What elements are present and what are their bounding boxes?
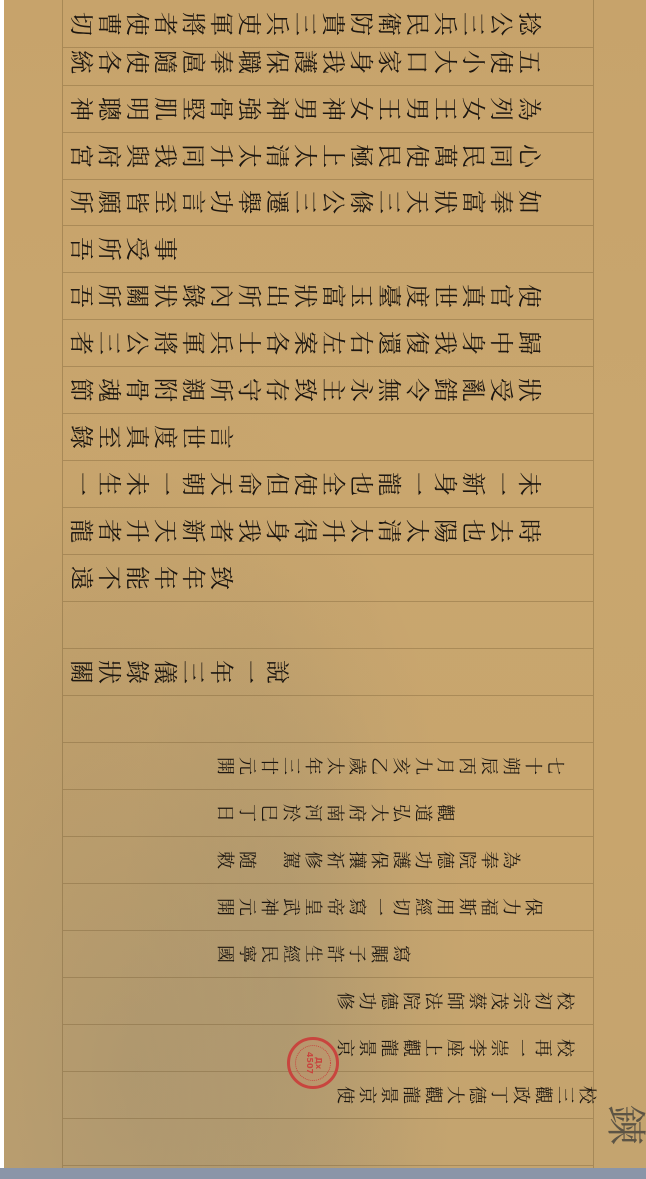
glyph: 奉 [489,188,513,216]
glyph: 保 [523,896,541,918]
glyph: 崇 [489,1037,507,1059]
glyph: 再 [533,1037,551,1059]
glyph: 校 [555,990,573,1012]
glyph: 兵 [209,329,233,357]
manuscript-line: 關狀錄儀三年一說 [63,648,593,696]
glyph: 狀 [293,282,317,310]
glyph: 巳 [259,802,277,824]
glyph: 随 [237,849,255,871]
glyph: 為 [517,95,541,123]
manuscript-line: 龍者升天新者我身得升太清太陽也去時 [63,507,593,555]
glyph: 富 [321,282,345,310]
line-text: 錄至真度世言 [67,425,235,449]
glyph: 觀 [401,1037,419,1059]
glyph: 所 [97,235,121,263]
glyph: 身 [433,470,457,498]
glyph: 我 [153,142,177,170]
glyph: 三 [293,188,317,216]
glyph: 錄 [181,282,205,310]
glyph: 丁 [489,1084,507,1106]
glyph: 無 [377,376,401,404]
manuscript-line: 敕随 駕修祈攘保護功德院奉為 [63,836,593,884]
glyph: 河 [303,802,321,824]
glyph: 扈 [181,48,205,76]
glyph: 德 [467,1084,485,1106]
manuscript-line: 開元廿三年太歲乙亥九月丙辰朔十七 [63,742,593,790]
glyph: 院 [457,849,475,871]
glyph: 大 [445,1084,463,1106]
glyph: 功 [357,990,375,1012]
glyph: 女 [349,95,373,123]
glyph: 新 [181,517,205,545]
glyph: 肌 [153,95,177,123]
glyph: 元 [237,896,255,918]
manuscript-line: 吾所受事 [63,225,593,273]
line-text: 切曹使者將軍吏兵三貴防衛民兵三公捻 [67,12,543,36]
glyph: 將 [153,329,177,357]
glyph: 寫 [391,943,409,965]
glyph: 未 [125,470,149,498]
glyph: 存 [265,376,289,404]
glyph: 觀 [435,802,453,824]
glyph: 官 [489,282,513,310]
glyph: 景 [379,1084,397,1106]
glyph: 度 [405,282,429,310]
line-text: 龍者升天新者我身得升太清太陽也去時 [67,519,543,543]
glyph: 修 [303,849,321,871]
glyph: 一 [405,470,429,498]
glyph: 年 [209,658,233,686]
glyph: 日 [215,802,233,824]
glyph: 護 [293,48,317,76]
glyph: 同 [489,142,513,170]
manuscript-page: 切曹使者將軍吏兵三貴防衛民兵三公捻統各使隨扈奉職保護我身家口大小使五神聰明肌堅骨… [4,0,646,1168]
glyph: 亂 [461,376,485,404]
line-text: 國寧民經生許子顒寫 [213,945,411,963]
glyph: 為 [501,849,519,871]
glyph: 狀 [97,658,121,686]
glyph: 事 [153,235,177,263]
glyph: 聰 [97,95,121,123]
glyph: 一 [153,470,177,498]
glyph: 王 [433,95,457,123]
glyph: 也 [349,470,373,498]
glyph: 校 [577,1084,595,1106]
glyph: 身 [461,329,485,357]
glyph: 太 [325,755,343,777]
scan-background-edge [0,1168,646,1179]
glyph: 德 [379,990,397,1012]
glyph: 宗 [511,990,529,1012]
glyph: 太 [293,142,317,170]
line-text: 宮府與我同升太清太上極民使萬民同心 [67,144,543,168]
glyph: 丙 [457,755,475,777]
glyph: 用 [435,896,453,918]
glyph: 公 [321,188,345,216]
glyph: 府 [97,142,121,170]
glyph: 衛 [377,10,401,38]
glyph: 統 [69,48,93,76]
glyph: 吾 [69,235,93,263]
glyph: 南 [325,802,343,824]
glyph: 民 [259,943,277,965]
glyph: 顒 [369,943,387,965]
glyph: 政 [511,1084,529,1106]
glyph: 至 [153,188,177,216]
glyph: 觀 [533,1084,551,1106]
glyph: 攘 [347,849,365,871]
glyph: 兵 [433,10,457,38]
glyph: 經 [281,943,299,965]
glyph: 朔 [501,755,519,777]
glyph: 狀 [433,188,457,216]
glyph: 公 [489,10,513,38]
glyph: 使 [489,48,513,76]
glyph: 辰 [479,755,497,777]
glyph: 未 [517,470,541,498]
glyph: 切 [391,896,409,918]
glyph: 亥 [391,755,409,777]
glyph: 者 [97,517,121,545]
glyph: 丁 [237,802,255,824]
line-text: 節魂骨附親所守存致主永無令錯亂受狀 [67,378,543,402]
glyph: 觀 [423,1084,441,1106]
manuscript-line [63,601,593,649]
glyph: 去 [489,517,513,545]
glyph: 蔡 [467,990,485,1012]
seal-text: Дх 4507 [304,1052,322,1074]
glyph: 神 [69,95,93,123]
glyph: 力 [501,896,519,918]
glyph: 寫 [347,896,365,918]
glyph: 修 [335,990,353,1012]
glyph: 口 [405,48,429,76]
glyph: 受 [489,376,513,404]
line-text: 一生未一朝天命但使全也龍一身新一未 [67,472,543,496]
glyph [259,849,277,871]
glyph: 錄 [69,423,93,451]
glyph: 生 [303,943,321,965]
line-text: 統各使隨扈奉職保護我身家口大小使五 [67,50,543,74]
glyph: 七 [545,755,563,777]
manuscript-line: 者三公將軍兵士各案左右還復我身中歸 [63,319,593,367]
glyph: 錄 [125,658,149,686]
glyph: 景 [357,1037,375,1059]
manuscript-line: 宮府與我同升太清太上極民使萬民同心 [63,132,593,180]
glyph: 同 [181,142,205,170]
glyph: 斯 [457,896,475,918]
glyph: 身 [349,48,373,76]
glyph: 萬 [433,142,457,170]
glyph: 右 [349,329,373,357]
glyph: 年 [181,564,205,592]
glyph: 玉 [349,282,373,310]
glyph: 神 [259,896,277,918]
glyph: 升 [125,517,149,545]
glyph: 真 [125,423,149,451]
glyph: 也 [461,517,485,545]
line-text: 遠不能年年致 [67,566,235,590]
glyph: 太 [237,142,261,170]
glyph: 強 [237,95,261,123]
glyph: 使 [125,48,149,76]
glyph: 防 [349,10,373,38]
glyph: 度 [153,423,177,451]
line-text: 吾所關狀錄內所出狀富玉臺度世真官使 [67,284,543,308]
marginal-mark-character: 鍊 [589,1105,645,1151]
glyph: 中 [489,329,513,357]
line-text: 神聰明肌堅骨強神男神女王男王女列為 [67,97,543,121]
glyph: 者 [153,10,177,38]
glyph: 開 [215,896,233,918]
glyph: 骨 [125,376,149,404]
glyph: 願 [97,188,121,216]
glyph: 所 [209,376,233,404]
glyph: 三 [281,755,299,777]
glyph: 富 [461,188,485,216]
glyph: 小 [461,48,485,76]
glyph: 座 [445,1037,463,1059]
glyph: 清 [377,517,401,545]
glyph: 升 [209,142,233,170]
glyph: 如 [517,188,541,216]
manuscript-line: 國寧民經生許子顒寫 [63,930,593,978]
line-text: 吾所受事 [67,237,179,261]
glyph: 吾 [69,282,93,310]
glyph: 一 [69,470,93,498]
glyph: 元 [237,755,255,777]
glyph: 神 [321,95,345,123]
glyph: 言 [209,423,233,451]
glyph: 者 [69,329,93,357]
glyph: 公 [125,329,149,357]
glyph: 我 [433,329,457,357]
glyph: 所 [237,282,261,310]
glyph: 駕 [281,849,299,871]
glyph: 骨 [209,95,233,123]
glyph: 寧 [237,943,255,965]
glyph: 致 [209,564,233,592]
glyph: 開 [215,755,233,777]
glyph: 皇 [303,896,321,918]
glyph: 國 [215,943,233,965]
glyph: 軍 [181,329,205,357]
glyph: 說 [265,658,289,686]
glyph: 遷 [265,188,289,216]
glyph: 守 [237,376,261,404]
glyph: 各 [97,48,121,76]
line-text: 使京景龍觀大德丁政觀三校 [333,1086,597,1104]
glyph: 所 [97,282,121,310]
line-text: 日丁巳於河南府大弘道觀 [213,804,455,822]
glyph: 我 [321,48,345,76]
glyph: 狀 [517,376,541,404]
glyph: 切 [69,10,93,38]
glyph: 校 [555,1037,573,1059]
glyph: 福 [479,896,497,918]
glyph: 一 [369,896,387,918]
glyph: 案 [293,329,317,357]
manuscript-line: 節魂骨附親所守存致主永無令錯亂受狀 [63,366,593,414]
glyph: 三 [377,188,401,216]
manuscript-line: 所願皆至言功舉遷三公條三天狀富奉如 [63,178,593,226]
manuscript-line: 開元神武皇帝寫一切經用斯福力保 [63,883,593,931]
glyph: 不 [97,564,121,592]
glyph: 男 [405,95,429,123]
glyph: 三 [181,658,205,686]
glyph: 子 [347,943,365,965]
glyph: 功 [209,188,233,216]
glyph: 家 [377,48,401,76]
glyph: 世 [181,423,205,451]
glyph: 武 [281,896,299,918]
glyph: 上 [423,1037,441,1059]
glyph: 能 [125,564,149,592]
glyph: 民 [461,142,485,170]
glyph: 天 [209,470,233,498]
glyph: 奉 [479,849,497,871]
glyph: 心 [517,142,541,170]
line-text: 開元神武皇帝寫一切經用斯福力保 [213,898,543,916]
glyph: 條 [349,188,373,216]
line-text: 關狀錄儀三年一說 [67,660,291,684]
glyph: 列 [489,95,513,123]
glyph: 陽 [433,517,457,545]
glyph: 歸 [517,329,541,357]
glyph: 言 [181,188,205,216]
glyph: 女 [461,95,485,123]
glyph: 男 [293,95,317,123]
glyph: 令 [405,376,429,404]
glyph: 天 [405,188,429,216]
glyph: 舉 [237,188,261,216]
glyph: 龍 [377,470,401,498]
glyph: 經 [413,896,431,918]
manuscript-line: 日丁巳於河南府大弘道觀 [63,789,593,837]
glyph: 年 [153,564,177,592]
glyph: 魂 [97,376,121,404]
glyph: 師 [445,990,463,1012]
glyph: 新 [461,470,485,498]
manuscript-line [63,695,593,743]
glyph: 茂 [489,990,507,1012]
glyph: 兵 [265,10,289,38]
glyph: 軍 [209,10,233,38]
glyph: 還 [377,329,401,357]
glyph: 保 [265,48,289,76]
glyph: 貴 [321,10,345,38]
glyph: 京 [357,1084,375,1106]
glyph: 府 [347,802,365,824]
manuscript-line: 一生未一朝天命但使全也龍一身新一未 [63,460,593,508]
line-text: 者三公將軍兵士各案左右還復我身中歸 [67,331,543,355]
glyph: 得 [293,517,317,545]
glyph: 李 [467,1037,485,1059]
glyph: 錯 [433,376,457,404]
line-text: 敕随 駕修祈攘保護功德院奉為 [213,851,521,869]
glyph: 許 [325,943,343,965]
glyph: 關 [69,658,93,686]
glyph: 使 [125,10,149,38]
line-text: 修功德院法師蔡茂宗初校 [333,992,575,1010]
line-text: 開元廿三年太歲乙亥九月丙辰朔十七 [213,757,565,775]
glyph: 太 [405,517,429,545]
glyph: 一 [237,658,261,686]
glyph: 遠 [69,564,93,592]
glyph: 月 [435,755,453,777]
glyph: 世 [433,282,457,310]
glyph: 乙 [369,755,387,777]
manuscript-line: 錄至真度世言 [63,413,593,461]
glyph: 狀 [153,282,177,310]
glyph: 捻 [517,10,541,38]
glyph: 大 [433,48,457,76]
glyph: 三 [97,329,121,357]
glyph: 奉 [209,48,233,76]
glyph: 太 [349,517,373,545]
line-text: 京景龍觀上座李崇一再校 [333,1039,575,1057]
glyph: 護 [391,849,409,871]
glyph: 內 [209,282,233,310]
glyph: 曹 [97,10,121,38]
glyph: 但 [265,470,289,498]
glyph: 致 [293,376,317,404]
glyph: 九 [413,755,431,777]
glyph: 使 [405,142,429,170]
glyph: 全 [321,470,345,498]
glyph: 一 [489,470,513,498]
glyph: 儀 [153,658,177,686]
line-text: 所願皆至言功舉遷三公條三天狀富奉如 [67,190,543,214]
glyph: 所 [69,188,93,216]
glyph: 大 [369,802,387,824]
glyph: 一 [511,1037,529,1059]
glyph: 龍 [401,1084,419,1106]
manuscript-line: 遠不能年年致 [63,554,593,602]
glyph: 清 [265,142,289,170]
glyph: 至 [97,423,121,451]
manuscript-line: 修功德院法師蔡茂宗初校 [63,977,593,1025]
glyph: 主 [321,376,345,404]
glyph: 使 [517,282,541,310]
glyph: 左 [321,329,345,357]
glyph: 受 [125,235,149,263]
glyph: 出 [265,282,289,310]
glyph: 上 [321,142,345,170]
glyph: 三 [461,10,485,38]
glyph: 命 [237,470,261,498]
glyph: 將 [181,10,205,38]
library-seal-stamp: Дх 4507 [287,1037,339,1089]
glyph: 廿 [259,755,277,777]
glyph: 宮 [69,142,93,170]
glyph: 吏 [237,10,261,38]
glyph: 節 [69,376,93,404]
glyph: 臺 [377,282,401,310]
glyph: 龍 [379,1037,397,1059]
glyph: 十 [523,755,541,777]
glyph: 三 [555,1084,573,1106]
glyph: 關 [125,282,149,310]
glyph: 德 [435,849,453,871]
glyph: 職 [237,48,261,76]
glyph: 敕 [215,849,233,871]
glyph: 年 [303,755,321,777]
glyph: 三 [293,10,317,38]
glyph: 極 [349,142,373,170]
glyph: 時 [517,517,541,545]
glyph: 民 [377,142,401,170]
